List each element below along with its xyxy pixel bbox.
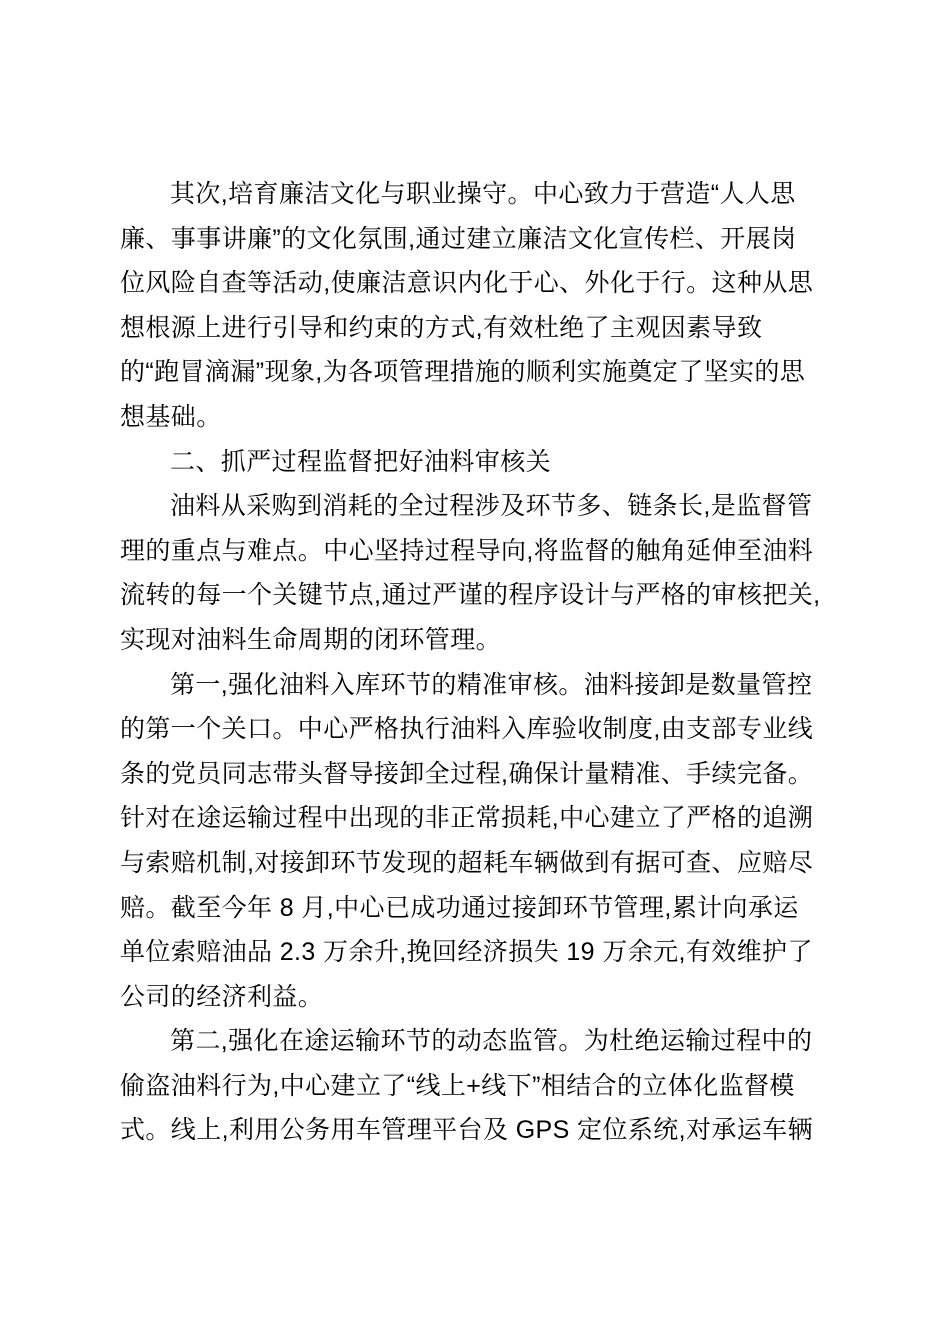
text-line: 流转的每一个关键节点,通过严谨的程序设计与严格的审核把关, <box>120 573 836 618</box>
text-line: 实现对油料生命周期的闭环管理。 <box>120 618 836 663</box>
text-line: 单位索赔油品 2.3 万余升,挽回经济损失 19 万余元,有效维护了 <box>120 930 836 975</box>
text-line: 第二,强化在途运输环节的动态监管。为杜绝运输过程中的 <box>120 1019 836 1064</box>
text-line: 第一,强化油料入库环节的精准审核。油料接卸是数量管控 <box>120 663 836 708</box>
text-line: 想基础。 <box>120 395 836 440</box>
paragraph-process-overview: 油料从采购到消耗的全过程涉及环节多、链条长,是监督管理的重点与难点。中心坚持过程… <box>120 484 836 662</box>
paragraph-integrity-culture: 其次,培育廉洁文化与职业操守。中心致力于营造“人人思廉、事事讲廉”的文化氛围,通… <box>120 172 836 440</box>
text-line: 位风险自查等活动,使廉洁意识内化于心、外化于行。这种从思 <box>120 261 836 306</box>
text-line: 廉、事事讲廉”的文化氛围,通过建立廉洁文化宣传栏、开展岗 <box>120 217 836 262</box>
text-line: 式。线上,利用公务用车管理平台及 GPS 定位系统,对承运车辆 <box>120 1108 836 1153</box>
paragraph-second-transport-monitoring: 第二,强化在途运输环节的动态监管。为杜绝运输过程中的偷盗油料行为,中心建立了“线… <box>120 1019 836 1153</box>
document-page: 其次,培育廉洁文化与职业操守。中心致力于营造“人人思廉、事事讲廉”的文化氛围,通… <box>0 0 950 1344</box>
text-line: 二、抓严过程监督把好油料审核关 <box>120 440 836 485</box>
text-line: 与索赔机制,对接卸环节发现的超耗车辆做到有据可查、应赔尽 <box>120 841 836 886</box>
text-line: 公司的经济利益。 <box>120 975 836 1020</box>
document-content: 其次,培育廉洁文化与职业操守。中心致力于营造“人人思廉、事事讲廉”的文化氛围,通… <box>120 172 836 1153</box>
text-line: 赔。截至今年 8 月,中心已成功通过接卸环节管理,累计向承运 <box>120 886 836 931</box>
text-line: 条的党员同志带头督导接卸全过程,确保计量精准、手续完备。 <box>120 752 836 797</box>
text-line: 想根源上进行引导和约束的方式,有效杜绝了主观因素导致 <box>120 306 836 351</box>
text-line: 其次,培育廉洁文化与职业操守。中心致力于营造“人人思 <box>120 172 836 217</box>
text-line: 针对在途运输过程中出现的非正常损耗,中心建立了严格的追溯 <box>120 796 836 841</box>
text-line: 油料从采购到消耗的全过程涉及环节多、链条长,是监督管 <box>120 484 836 529</box>
text-line: 的“跑冒滴漏”现象,为各项管理措施的顺利实施奠定了坚实的思 <box>120 350 836 395</box>
text-line: 的第一个关口。中心严格执行油料入库验收制度,由支部专业线 <box>120 707 836 752</box>
section-heading-process-supervision: 二、抓严过程监督把好油料审核关 <box>120 440 836 485</box>
text-line: 理的重点与难点。中心坚持过程导向,将监督的触角延伸至油料 <box>120 529 836 574</box>
text-line: 偷盗油料行为,中心建立了“线上+线下”相结合的立体化监督模 <box>120 1064 836 1109</box>
paragraph-first-warehouse-audit: 第一,强化油料入库环节的精准审核。油料接卸是数量管控的第一个关口。中心严格执行油… <box>120 663 836 1020</box>
